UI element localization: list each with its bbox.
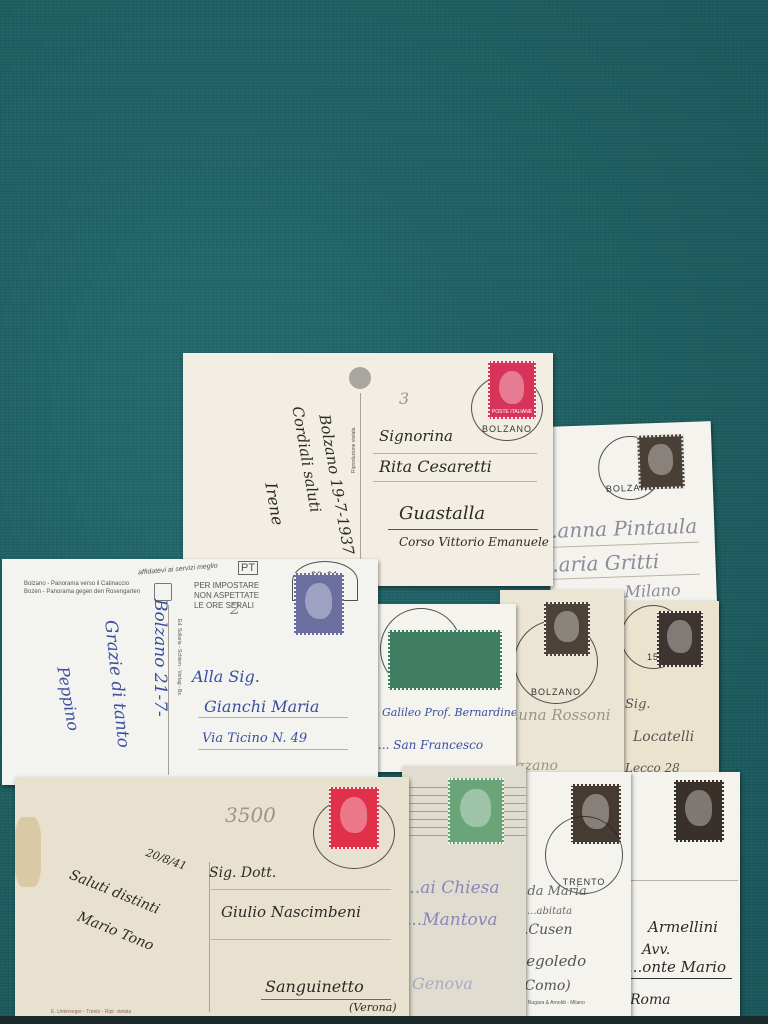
- postcard-bottom-narrow: ...ai Chiesa ...Mantova Genova: [402, 766, 526, 1020]
- address-line: Sanguinetto: [265, 977, 364, 996]
- publisher: Ed. Nugara & Arnoldi - Milano: [519, 1000, 585, 1006]
- address-line: Gianchi Maria: [204, 697, 319, 716]
- address-line: ...Mantova: [406, 910, 498, 930]
- caption-line: Bolzano - Panorama verso il Catinaccio: [24, 581, 129, 587]
- printed-note: Riproduzione vietata: [351, 427, 357, 473]
- postcard-middle-center: Galileo Prof. Bernardinello ... San Fran…: [378, 604, 516, 772]
- postcard-upper-right: BOLZANO ...anna Pintaula ...aria Gritti …: [545, 421, 718, 617]
- slogan-cancel-top: affidatevi ai servizi meglio: [138, 562, 218, 578]
- postcard-top-center: Riproduzione vietata Bolzano 19-7-1937 C…: [183, 353, 553, 586]
- address-line: Rita Cesaretti: [379, 457, 492, 476]
- address-line: Milano: [624, 580, 681, 601]
- address-line: ...abitata: [527, 906, 572, 917]
- address-line: Giulio Nascimbeni: [221, 903, 361, 921]
- postcard-middle-left: Bolzano - Panorama verso il Catinaccio B…: [2, 559, 378, 785]
- postcard-bottom-left: 3500 20/8/41 Saluti distinti Mario Tono …: [15, 777, 409, 1024]
- message-line: 20/8/41: [144, 846, 188, 873]
- postcard-middle-right: BOLZANO ...una Rossoni ...zzano: [500, 590, 624, 780]
- address-line: Locatelli: [633, 729, 694, 745]
- address-line: Roma: [630, 992, 671, 1008]
- address-line: Sig. Dott.: [209, 865, 276, 881]
- message-line: Grazie di tanto: [100, 619, 133, 749]
- address-line: ...anna Pintaula: [545, 514, 698, 544]
- pencil-note: 3: [399, 389, 409, 408]
- publisher-logo-icon: [349, 367, 371, 389]
- address-line: Signorina: [379, 427, 453, 445]
- table-edge: [0, 1016, 768, 1024]
- address-line: Armellini: [648, 918, 718, 936]
- message-line: Mario Tono: [75, 909, 156, 954]
- address-line: ... San Francesco: [378, 738, 483, 752]
- stamp: [388, 630, 502, 690]
- address-line: ...una Rossoni: [504, 706, 611, 724]
- postcard-pieve: 15 Sig. Locatelli Lecco 28: [619, 601, 719, 791]
- address-line: Avv.: [642, 942, 670, 958]
- address-line: ...onte Mario: [628, 958, 726, 976]
- slogan-line: LE ORE SERALI: [194, 601, 254, 610]
- stamp: [329, 787, 379, 849]
- stamp: [657, 611, 703, 667]
- pencil-note: 3500: [225, 803, 276, 827]
- pencil-note: 2: [230, 599, 240, 618]
- publisher: Ed. Sollaria - Schlern - Verlag - Bz.: [176, 619, 182, 696]
- slogan-line: PER IMPOSTARE: [194, 581, 259, 590]
- stamp: [448, 778, 504, 844]
- message-line: Peppino: [53, 665, 83, 732]
- publisher: E. Unterveger - Trento - Ripr. vietata: [51, 1009, 131, 1015]
- address-line: ...aria Gritti: [545, 549, 660, 577]
- stamp: [637, 434, 685, 490]
- postcard-bottom-right: Armellini Avv. ...onte Mario Roma: [628, 772, 740, 1022]
- age-stain: [15, 817, 41, 887]
- address-line: (Verona): [349, 1001, 397, 1014]
- stamp: [294, 573, 344, 635]
- address-line: Via Ticino N. 49: [202, 731, 307, 746]
- address-line: Guastalla: [399, 503, 485, 524]
- postmark: TRENTO: [545, 816, 623, 894]
- address-line: Sig.: [625, 697, 651, 712]
- stamp: POSTE ITALIANE: [488, 361, 536, 419]
- stamp: [544, 602, 590, 656]
- message-line: Bolzano 21-7-: [150, 599, 170, 717]
- pt-badge: PT: [238, 561, 258, 575]
- address-line: Genova: [412, 974, 473, 993]
- caption-line: Bozen - Panorama gegen den Rosengarten: [24, 589, 140, 595]
- message-line: Irene: [261, 481, 287, 527]
- address-line: ...ai Chiesa: [404, 878, 500, 898]
- address-line: Galileo Prof. Bernardinello: [382, 706, 516, 719]
- postcard-bottom-trento: TRENTO ...da Maria ...abitata ...Cusen R…: [515, 772, 631, 1022]
- address-line: Alla Sig.: [192, 667, 260, 686]
- stamp: [674, 780, 724, 842]
- address-line: Corso Vittorio Emanuele: [399, 535, 549, 549]
- slogan-line: NON ASPETTATE: [194, 591, 259, 600]
- address-line: (Como): [519, 978, 571, 994]
